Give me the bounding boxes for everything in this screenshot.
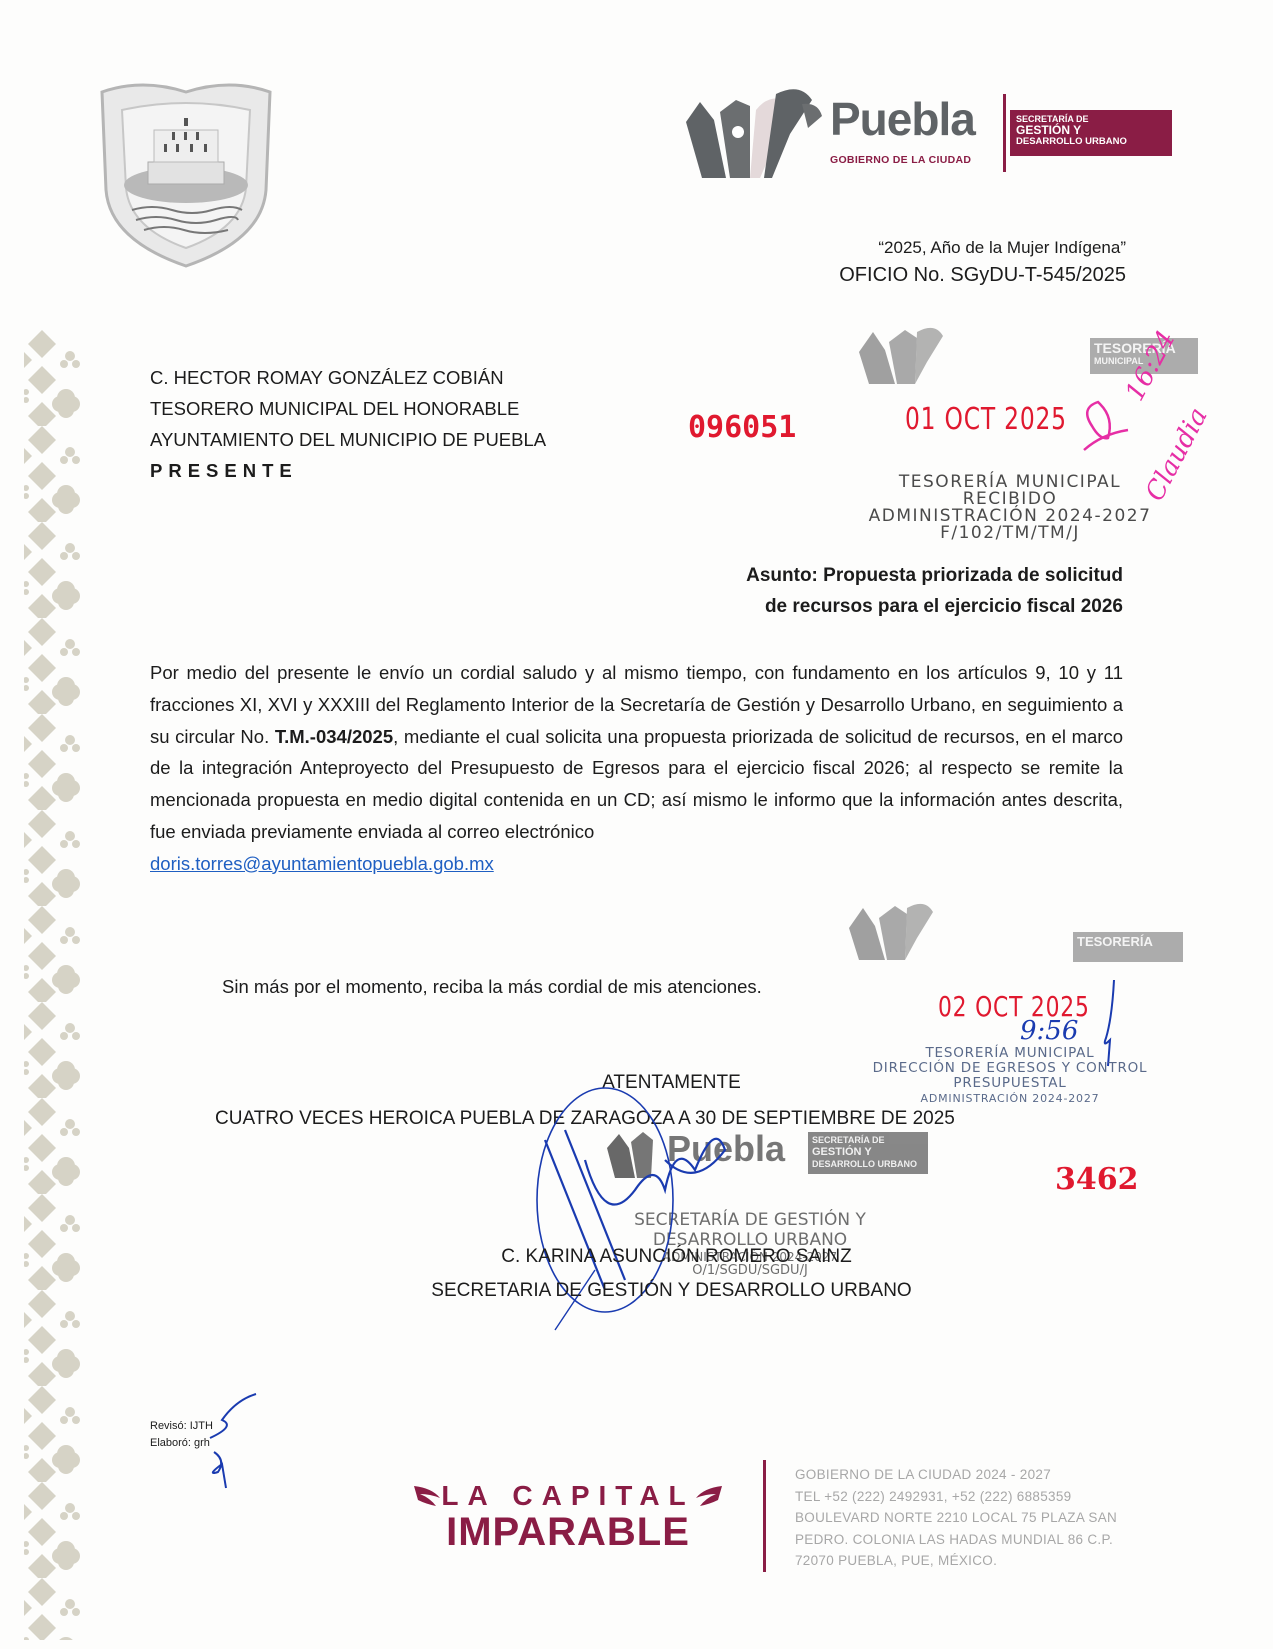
- addressee-organization: AYUNTAMIENTO DEL MUNICIPIO DE PUEBLA: [150, 424, 546, 455]
- addressee-block: C. HECTOR ROMAY GONZÁLEZ COBIÁN TESORERO…: [150, 362, 546, 486]
- decorative-border: [24, 330, 80, 1640]
- footer-info-line: TEL +52 (222) 2492931, +52 (222) 6885359: [795, 1486, 1117, 1508]
- stamp2-number: 3462: [1055, 1162, 1139, 1197]
- signer-name: C. KARINA ASUNCIÓN ROMERO SAINZ: [0, 1246, 1273, 1268]
- footer-info-line: 72070 PUEBLA, PUE, MÉXICO.: [795, 1550, 1117, 1572]
- logo-department-box: SECRETARÍA DE GESTIÓN Y DESARROLLO URBAN…: [1010, 110, 1172, 156]
- oficio-number: OFICIO No. SGyDU-T-545/2025: [839, 264, 1126, 287]
- footer-slogan-line2: IMPARABLE: [418, 1512, 718, 1552]
- right-wing-icon: [694, 1484, 724, 1512]
- stamp1-folio: 096051: [688, 410, 796, 445]
- stamp2-handwritten-time: 9:56: [1020, 1016, 1078, 1046]
- logo-divider: [1003, 94, 1006, 172]
- stamp1-line4: F/102/TM/TM/J: [860, 525, 1160, 542]
- logo-dept-line3: DESARROLLO URBANO: [1016, 136, 1166, 147]
- subject-line1: Asunto: Propuesta priorizada de solicitu…: [746, 560, 1123, 591]
- monuments-stamp-icon: [845, 898, 935, 960]
- signer-title: SECRETARIA DE GESTIÓN Y DESARROLLO URBAN…: [0, 1280, 1273, 1302]
- footer-slogan: LA CAPITAL IMPARABLE: [418, 1480, 718, 1552]
- secretaria-box-line1: SECRETARÍA DE: [812, 1134, 924, 1146]
- secretaria-box-line3: DESARROLLO URBANO: [812, 1158, 924, 1170]
- stamp1-text: TESORERÍA MUNICIPAL RECIBIDO ADMINISTRAC…: [860, 474, 1160, 542]
- stamp1-handwritten-note: Claudia: [1140, 403, 1214, 506]
- footer-divider: [763, 1460, 766, 1572]
- email-link[interactable]: doris.torres@ayuntamientopuebla.gob.mx: [150, 853, 494, 874]
- pink-initial-signature-icon: [1078, 398, 1138, 458]
- footer-info-line: BOULEVARD NORTE 2210 LOCAL 75 PLAZA SAN: [795, 1507, 1117, 1529]
- addressee-name: C. HECTOR ROMAY GONZÁLEZ COBIÁN: [150, 362, 546, 393]
- secretaria-stamp-box: SECRETARÍA DE GESTIÓN Y DESARROLLO URBAN…: [808, 1132, 928, 1174]
- circular-reference: T.M.-034/2025: [275, 726, 393, 747]
- secretaria-box-line2: GESTIÓN Y: [812, 1146, 924, 1158]
- stamp2-line1: TESORERÍA MUNICIPAL: [860, 1046, 1160, 1061]
- logo-city-name: Puebla: [830, 92, 975, 146]
- letter-body: Por medio del presente le envío un cordi…: [150, 657, 1123, 880]
- logo-subtitle: GOBIERNO DE LA CIUDAD: [830, 154, 971, 166]
- initials-signature-icon: [196, 1390, 266, 1490]
- monuments-stamp-icon: [855, 322, 945, 384]
- subject-block: Asunto: Propuesta priorizada de solicitu…: [746, 560, 1123, 622]
- subject-line2: de recursos para el ejercicio fiscal 202…: [746, 591, 1123, 622]
- closing-line: Sin más por el momento, reciba la más co…: [222, 976, 762, 998]
- footer-info-line: GOBIERNO DE LA CIUDAD 2024 - 2027: [795, 1464, 1117, 1486]
- puebla-monuments-icon: [680, 82, 828, 182]
- talavera-pattern-icon: [24, 330, 80, 1640]
- secretaria-logo: Puebla GOBIERNO DE LA CIUDAD SECRETARÍA …: [680, 82, 1180, 182]
- left-wing-icon: [412, 1484, 442, 1512]
- footer-slogan-line1: LA CAPITAL: [418, 1480, 718, 1512]
- addressee-presente: PRESENTE: [150, 455, 546, 486]
- footer-contact-info: GOBIERNO DE LA CIUDAD 2024 - 2027 TEL +5…: [795, 1464, 1117, 1572]
- stamp2-logo-text: TESORERÍA: [1077, 934, 1179, 949]
- year-motto: “2025, Año de la Mujer Indígena”: [878, 238, 1126, 258]
- crest-icon: [92, 70, 280, 270]
- logo-dept-line2: GESTIÓN Y: [1016, 124, 1166, 136]
- footer-info-line: PEDRO. COLONIA LAS HADAS MUNDIAL 86 C.P.: [795, 1529, 1117, 1551]
- tesoreria-stamp-logo-2: TESORERÍA: [845, 898, 1185, 960]
- stamp1-date: 01 OCT 2025: [905, 402, 1067, 437]
- addressee-title: TESORERO MUNICIPAL DEL HONORABLE: [150, 393, 546, 424]
- city-crest-logo: [92, 70, 280, 270]
